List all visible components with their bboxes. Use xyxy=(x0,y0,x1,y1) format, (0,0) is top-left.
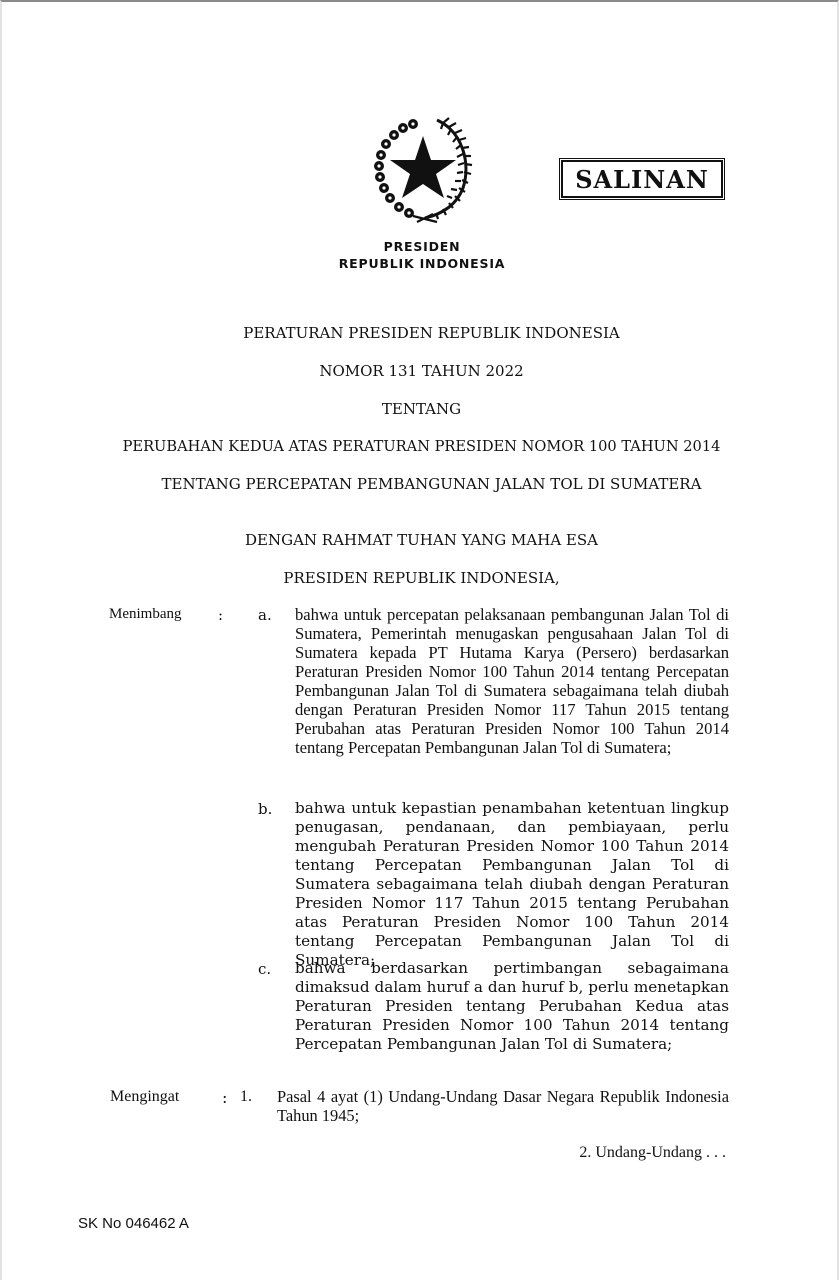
preamble-line-1: DENGAN RAHMAT TUHAN YANG MAHA ESA xyxy=(2,531,839,549)
menimbang-item-c-marker: c. xyxy=(258,960,271,978)
institution-line-2: REPUBLIK INDONESIA xyxy=(302,255,542,272)
mengingat-label: Mengingat xyxy=(110,1088,179,1106)
menimbang-item-c-text: bahwa berdasarkan pertimbangan sebagaima… xyxy=(295,959,729,1054)
menimbang-item-b-text: bahwa untuk kepastian penambahan ketentu… xyxy=(295,799,729,970)
menimbang-separator: : xyxy=(218,606,223,624)
menimbang-item-b-marker: b. xyxy=(258,800,272,818)
regulation-subject-line-2: TENTANG PERCEPATAN PEMBANGUNAN JALAN TOL… xyxy=(2,475,839,493)
garuda-star-emblem-icon xyxy=(367,114,479,226)
continuation-marker: 2. Undang-Undang . . . xyxy=(579,1144,726,1162)
mengingat-item-1-marker: 1. xyxy=(240,1088,252,1106)
document-page: SALINAN PRESIDEN REPUBLIK INDONESIA PERA… xyxy=(0,0,839,1280)
preamble-line-2: PRESIDEN REPUBLIK INDONESIA, xyxy=(2,569,839,587)
regulation-title: PERATURAN PRESIDEN REPUBLIK INDONESIA xyxy=(2,324,839,342)
mengingat-item-1-text: Pasal 4 ayat (1) Undang-Undang Dasar Neg… xyxy=(277,1087,729,1125)
menimbang-label: Menimbang xyxy=(109,606,182,623)
sk-number: SK No 046462 A xyxy=(78,1215,189,1232)
tentang-heading: TENTANG xyxy=(2,400,839,418)
salinan-stamp: SALINAN xyxy=(561,160,723,198)
regulation-subject-line-1: PERUBAHAN KEDUA ATAS PERATURAN PRESIDEN … xyxy=(2,438,839,455)
institution-line-1: PRESIDEN xyxy=(302,238,542,255)
menimbang-item-a-marker: a. xyxy=(258,606,272,624)
mengingat-separator: : xyxy=(222,1088,227,1107)
menimbang-item-a-text: bahwa untuk percepatan pelaksanaan pemba… xyxy=(295,605,729,757)
regulation-number: NOMOR 131 TAHUN 2022 xyxy=(2,362,839,380)
